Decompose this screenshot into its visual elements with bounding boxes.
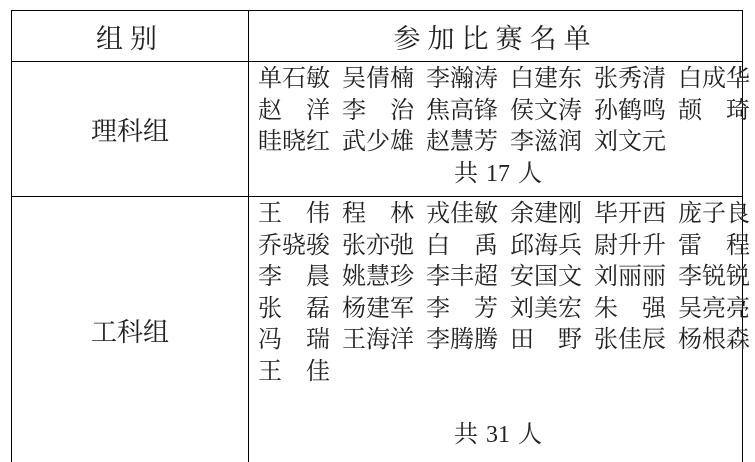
roster-cell-engineering: 王 伟 程 林 戎佳敏 余建刚 毕开西 庞子良 乔骁骏 张亦弛 白 禹 邱海兵 … (249, 197, 743, 462)
roster-line: 王 佳 (258, 357, 738, 389)
roster-line: 王 伟 程 林 戎佳敏 余建刚 毕开西 庞子良 (258, 199, 738, 231)
document-page: 组别 参加比赛名单 理科组 单石敏 吴倩楠 李瀚涛 白建东 张秀清 白成华 赵 … (0, 0, 755, 462)
roster-line: 张 磊 杨建军 李 芳 刘美宏 朱 强 吴亮亮 (258, 294, 738, 326)
group-name-engineering: 工科组 (12, 197, 249, 462)
roster-line: 眭晓红 武少雄 赵慧芳 李滋润 刘文元 (258, 127, 738, 159)
group-name-science: 理科组 (12, 62, 249, 197)
roster-line: 赵 洋 李 治 焦高锋 侯文涛 孙鹤鸣 颉 琦 (258, 96, 738, 128)
header-roster-column: 参加比赛名单 (249, 11, 743, 62)
roster-count-science: 共 17 人 (258, 159, 738, 191)
roster-cell-science: 单石敏 吴倩楠 李瀚涛 白建东 张秀清 白成华 赵 洋 李 治 焦高锋 侯文涛 … (249, 62, 743, 197)
table-header-row: 组别 参加比赛名单 (12, 11, 743, 62)
roster-line: 冯 瑞 王海洋 李腾腾 田 野 张佳辰 杨根森 (258, 325, 738, 357)
roster-count-engineering: 共 31 人 (258, 420, 738, 452)
table-row-science-group: 理科组 单石敏 吴倩楠 李瀚涛 白建东 张秀清 白成华 赵 洋 李 治 焦高锋 … (12, 62, 743, 197)
roster-line: 乔骁骏 张亦弛 白 禹 邱海兵 尉升升 雷 程 (258, 231, 738, 263)
roster-line: 单石敏 吴倩楠 李瀚涛 白建东 张秀清 白成华 (258, 64, 738, 96)
participants-table: 组别 参加比赛名单 理科组 单石敏 吴倩楠 李瀚涛 白建东 张秀清 白成华 赵 … (11, 10, 743, 462)
roster-line: 李 晨 姚慧珍 李丰超 安国文 刘丽丽 李锐锐 (258, 262, 738, 294)
table-row-engineering-group: 工科组 王 伟 程 林 戎佳敏 余建刚 毕开西 庞子良 乔骁骏 张亦弛 白 禹 … (12, 197, 743, 462)
header-group-column: 组别 (12, 11, 249, 62)
